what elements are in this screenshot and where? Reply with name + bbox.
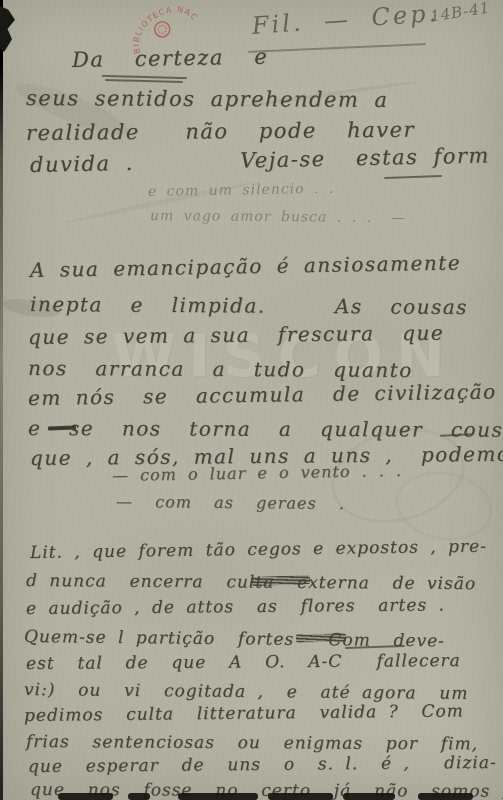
underline-mark [102, 75, 187, 79]
bottom-cutoff-line [58, 793, 113, 800]
bottom-cutoff-line [178, 793, 258, 800]
scan-edge-blob [0, 6, 15, 52]
underline-mark [105, 79, 183, 83]
bottom-cutoff-line [418, 793, 473, 800]
manuscript-line: e se nos torna a qualquer cousa de [28, 416, 503, 442]
manuscript-line: nos arranca a tudo quanto [28, 356, 413, 382]
underline-mark [384, 175, 442, 179]
manuscript-line: A sua emancipação é ansiosamente [30, 250, 461, 282]
bottom-cutoff-line [128, 793, 150, 800]
scan-edge-left [0, 0, 3, 800]
manuscript-line: vi:) ou vi cogitada , e até agora um [24, 680, 469, 704]
manuscript-page: WISCON BIBLIOTECA NACIONAL Fil. — Cep. 1… [0, 0, 503, 800]
quote-line: e com um silencio . . [148, 181, 335, 200]
manuscript-line: em nós se accumula de civilização [28, 379, 497, 410]
quote-line: — com as geraes . [116, 492, 345, 513]
manuscript-line: duvida . Veja-se estas form : [30, 143, 503, 177]
manuscript-line: d nunca encerra culta externa de visão [26, 571, 476, 594]
stamp-emblem [152, 19, 173, 40]
bottom-cutoff-line [268, 793, 333, 800]
manuscript-line: que se vem a sua frescura que [28, 321, 444, 349]
quote-line: um vago amor busca . . . — [150, 208, 406, 226]
manuscript-line: inepta e limpida. As cousas [30, 292, 468, 319]
manuscript-line: est tal de que A O. A-C fallecera [26, 651, 461, 674]
bottom-cutoff-line [343, 793, 395, 800]
manuscript-line: realidade não pode haver [26, 118, 415, 145]
page-heading: Fil. — Cep. [251, 0, 440, 40]
manuscript-line: frias sentenciosas ou enigmas por fim, [26, 732, 478, 754]
manuscript-line: Quem-se l partição fortes Com deve- [24, 627, 445, 651]
manuscript-line: e audição , de attos as flores artes . [26, 595, 445, 619]
manuscript-line: seus sentidos aprehendem a [26, 86, 389, 112]
manuscript-line: pedimos culta litteratura valida ? Com [24, 701, 464, 726]
manuscript-line: que esperar de uns o s. l. é , dizia- [28, 753, 497, 777]
manuscript-line: Lit. , que forem tão cegos e expostos , … [30, 537, 487, 563]
